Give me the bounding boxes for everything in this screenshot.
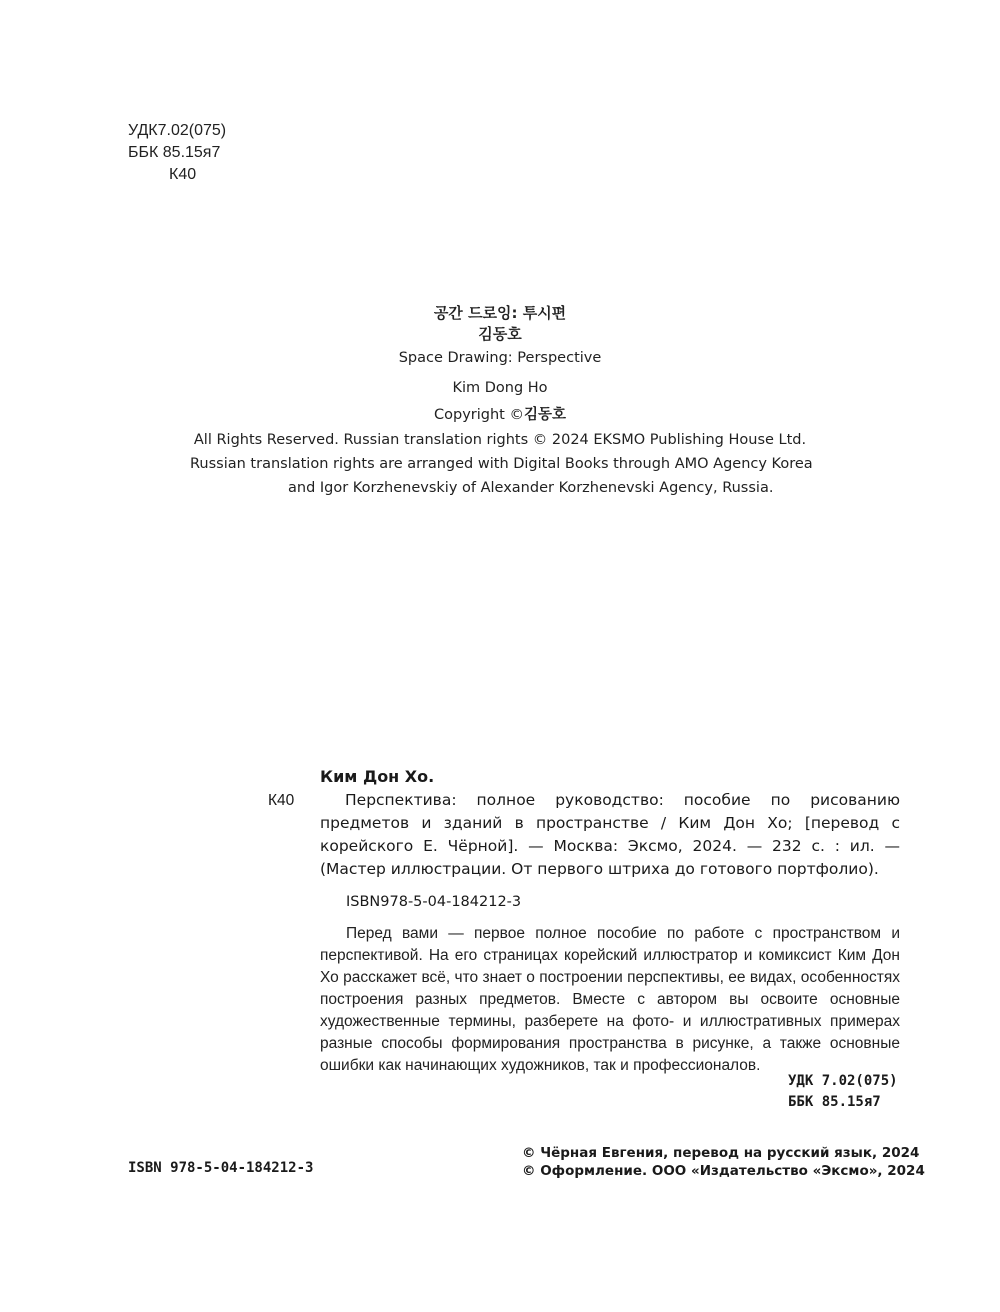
arrangement-line-2: and Igor Korzhenevskiy of Alexander Korz… — [0, 476, 1000, 500]
copyright-prefix: Copyright © — [434, 407, 524, 423]
copyright-notices: © Чёрная Евгения, перевод на русский язы… — [522, 1144, 925, 1180]
original-edition-credits: 공간 드로잉: 투시편 김동호 Space Drawing: Perspecti… — [0, 303, 1000, 500]
copyright-design: © Оформление. ООО «Издательство «Эксмо»,… — [522, 1162, 925, 1180]
udk-code-bottom: УДК 7.02(075) — [788, 1071, 898, 1092]
classification-codes-bottom: УДК 7.02(075) ББК 85.15я7 — [788, 1071, 898, 1113]
catalog-record: Ким Дон Хо. К40 Перспектива: полное руко… — [268, 765, 900, 1077]
korean-author: 김동호 — [0, 324, 1000, 345]
copyright-line: Copyright ©김동호 — [0, 404, 1000, 426]
catalog-author-heading: Ким Дон Хо. — [320, 765, 900, 789]
bibliographic-description: Перспектива: полное руководство: пособие… — [320, 789, 900, 881]
bbk-code: ББК 85.15я7 — [128, 142, 226, 164]
bbk-code-bottom: ББК 85.15я7 — [788, 1092, 898, 1113]
english-title: Space Drawing: Perspective — [0, 347, 1000, 369]
classification-codes-top: УДК7.02(075) ББК 85.15я7 К40 — [128, 120, 226, 186]
english-author: Kim Dong Ho — [0, 377, 1000, 399]
catalog-author-mark: К40 — [268, 789, 294, 812]
author-mark: К40 — [128, 164, 226, 186]
annotation: Перед вами — первое полное пособие по ра… — [320, 923, 900, 1077]
bibliographic-entry: К40 Перспектива: полное руководство: пос… — [268, 789, 900, 881]
udk-code: УДК7.02(075) — [128, 120, 226, 142]
annotation-text: Перед вами — первое полное пособие по ра… — [320, 923, 900, 1077]
korean-title: 공간 드로잉: 투시편 — [0, 303, 1000, 324]
rights-line: All Rights Reserved. Russian translation… — [0, 428, 1000, 452]
arrangement-line-1: Russian translation rights are arranged … — [0, 452, 1000, 476]
isbn-footer: ISBN 978-5-04-184212-3 — [128, 1158, 313, 1178]
catalog-isbn: ISBN978-5-04-184212-3 — [346, 891, 900, 913]
copyright-translation: © Чёрная Евгения, перевод на русский язы… — [522, 1144, 925, 1162]
copyright-holder: 김동호 — [524, 407, 566, 423]
